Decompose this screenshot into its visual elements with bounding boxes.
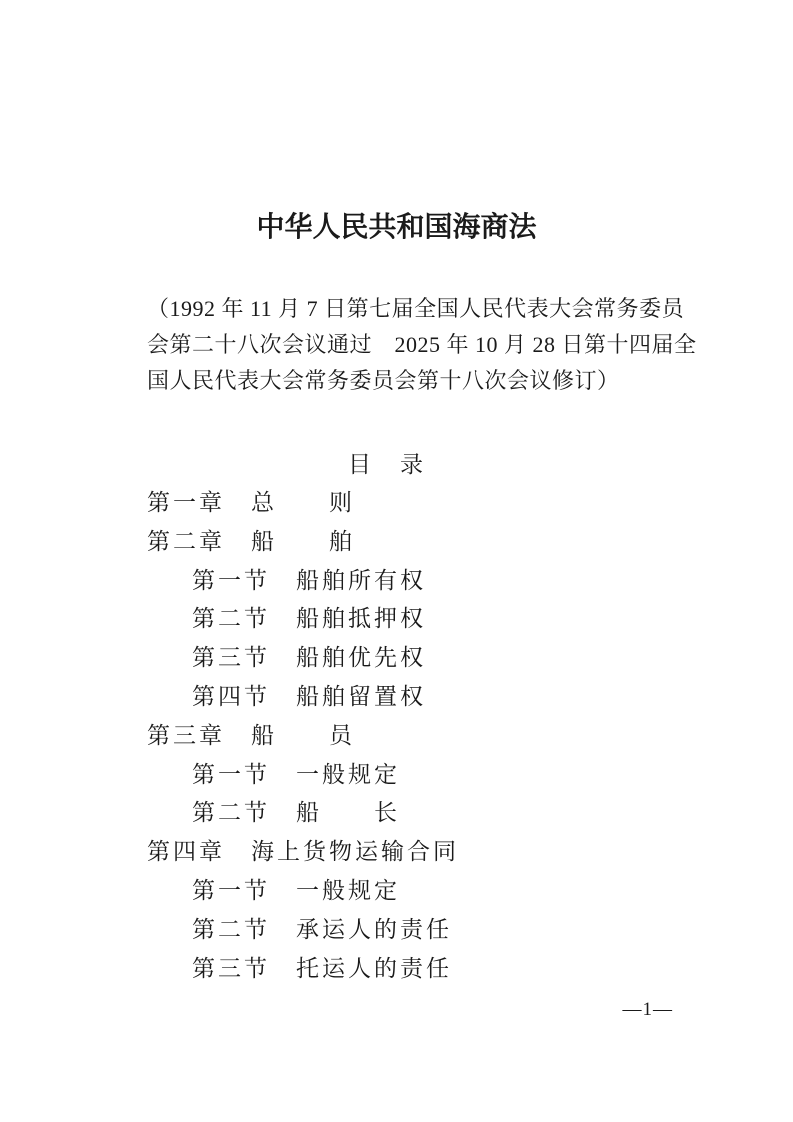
toc-entry-chapter-3: 第三章 船 员 — [147, 717, 627, 756]
toc-entry-chapter-2: 第二章 船 舶 — [147, 523, 627, 562]
preamble-line: 会第二十八次会议通过 2025 年 10 月 28 日第十四届全 — [147, 327, 707, 363]
document-title: 中华人民共和国海商法 — [0, 210, 793, 246]
preamble-line: 国人民代表大会常务委员会第十八次会议修订） — [147, 363, 707, 399]
toc-heading: 目 录 — [147, 445, 627, 484]
toc-entry-section: 第四节 船舶留置权 — [147, 678, 627, 717]
document-page: 中华人民共和国海商法 （1992 年 11 月 7 日第七届全国人民代表大会常务… — [0, 0, 793, 1122]
page-number: —1— — [623, 999, 674, 1021]
toc-entry-section: 第三节 托运人的责任 — [147, 950, 627, 989]
toc-entry-section: 第二节 船舶抵押权 — [147, 600, 627, 639]
toc-entry-chapter-4: 第四章 海上货物运输合同 — [147, 833, 627, 872]
table-of-contents: 目 录 第一章 总 则 第二章 船 舶 第一节 船舶所有权 第二节 船舶抵押权 … — [147, 445, 627, 988]
toc-entry-section: 第三节 船舶优先权 — [147, 639, 627, 678]
toc-entry-section: 第一节 一般规定 — [147, 872, 627, 911]
toc-entry-section: 第一节 船舶所有权 — [147, 562, 627, 601]
toc-entry-section: 第二节 承运人的责任 — [147, 911, 627, 950]
toc-entry-section: 第一节 一般规定 — [147, 756, 627, 795]
toc-entry-section: 第二节 船 长 — [147, 794, 627, 833]
toc-entry-chapter-1: 第一章 总 则 — [147, 484, 627, 523]
preamble-line: （1992 年 11 月 7 日第七届全国人民代表大会常务委员 — [147, 291, 707, 327]
preamble: （1992 年 11 月 7 日第七届全国人民代表大会常务委员 会第二十八次会议… — [147, 291, 707, 399]
